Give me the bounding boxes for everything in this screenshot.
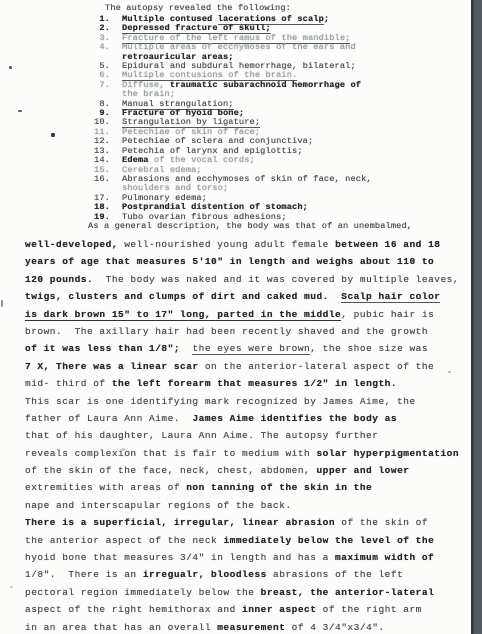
- body-line: of it was less than 1/8"; the eyes were …: [25, 340, 459, 357]
- text-segment: of 4 3/4"x3/4".: [285, 622, 384, 633]
- text-segment: of the skin of: [341, 517, 428, 528]
- finding-number: 16.: [88, 175, 110, 184]
- text-segment: ;: [324, 14, 329, 24]
- document-page: The autopsy revealed the following: 1.Mu…: [0, 0, 482, 634]
- text-segment: of the right arm: [316, 604, 421, 615]
- text-segment: , the shoe size was: [310, 343, 428, 354]
- text-segment: mid- third of: [25, 378, 112, 389]
- finding-row: 16.Abrasions and ecchymoses of skin of f…: [88, 175, 412, 194]
- body-line: 1/8". There is an irregualr, bloodless a…: [25, 566, 459, 583]
- text-segment: extremities with areas of: [25, 482, 186, 493]
- scan-speck: [10, 586, 13, 588]
- finding-line: As a general description, the body was t…: [88, 222, 412, 231]
- body-line: well-developed, well-nourished young adu…: [25, 236, 459, 253]
- scan-speck: [122, 448, 125, 451]
- text-segment: measurement: [217, 622, 285, 633]
- text-segment: abrasions of the left: [267, 569, 403, 580]
- text-segment: solar hyperpigmentation: [316, 448, 459, 459]
- body-line: is dark brown 15" to 17" long, parted in…: [25, 306, 459, 323]
- text-segment: brown. The axillary hair had been recent…: [25, 326, 428, 337]
- text-segment: the brain;: [122, 89, 175, 99]
- text-segment: The body was naked and it was covered by…: [106, 274, 459, 285]
- scan-speck: [1, 300, 3, 307]
- finding-text: Diffuse, traumatic subarachnoid hemorrha…: [122, 81, 361, 100]
- body-line: years of age that measures 5'10" in leng…: [25, 253, 459, 270]
- text-segment: the eyes were brown: [192, 343, 310, 355]
- body-text: well-developed, well-nourished young adu…: [25, 236, 459, 634]
- text-segment: twigs, clusters and clumps of dirt and c…: [25, 291, 341, 302]
- text-segment: As a general description, the body was t…: [88, 221, 412, 231]
- body-line: extremities with areas of non tanning of…: [25, 479, 459, 496]
- text-segment: James Aime identifies the body as: [192, 413, 397, 424]
- scanner-edge-band: [471, 0, 482, 634]
- text-segment: well-nourished young adult female: [124, 239, 335, 250]
- text-segment: is dark brown 15" to 17" long, parted in…: [25, 309, 341, 321]
- text-segment: that of his daughter, Laura Ann Aime. Th…: [25, 430, 378, 441]
- text-segment: There is a superficial, irregular, linea…: [25, 517, 341, 528]
- finding-text: Abrasions and ecchymoses of skin of face…: [122, 175, 372, 194]
- body-line: reveals complexion that is fair to mediu…: [25, 445, 459, 462]
- body-line: father of Laura Ann Aime. James Aime ide…: [25, 410, 459, 427]
- text-segment: irregualr, bloodless: [143, 569, 267, 580]
- text-segment: inner aspect: [242, 604, 316, 615]
- intro-line: The autopsy revealed the following:: [105, 3, 291, 13]
- text-segment: traumatic subarachnoid hemorrhage of: [170, 80, 361, 90]
- text-segment: hyoid bone that measures 3/4" in length …: [25, 552, 335, 563]
- text-segment: 1/8". There is an: [25, 569, 143, 580]
- text-segment: maximum width of: [335, 552, 434, 563]
- body-line: pectoral region immediately below the br…: [25, 584, 459, 601]
- text-segment: reveals complexion that is fair to mediu…: [25, 448, 316, 459]
- text-segment: father of Laura Ann Aime.: [25, 413, 192, 424]
- text-segment: Scalp hair color: [341, 291, 440, 303]
- body-line: aspect of the right hemithorax and inner…: [25, 601, 459, 618]
- finding-number: 4.: [88, 43, 110, 52]
- body-line: 7 X, There was a linear scar on the ante…: [25, 358, 459, 375]
- body-line: There is a superficial, irregular, linea…: [25, 514, 459, 531]
- text-segment: non tanning of the skin in the: [186, 482, 372, 493]
- scan-speck: [448, 371, 451, 373]
- finding-row: 7.Diffuse, traumatic subarachnoid hemorr…: [88, 81, 412, 100]
- body-line: twigs, clusters and clumps of dirt and c…: [25, 288, 459, 305]
- text-segment: the left forearm that measures 1/2" in l…: [112, 378, 397, 389]
- text-segment: , pubic hair is: [341, 309, 434, 320]
- body-line: nape and interscapular regions of the ba…: [25, 497, 459, 514]
- text-segment: years of age that measures 5'10" in leng…: [25, 256, 434, 267]
- text-segment: well-developed,: [25, 239, 124, 250]
- text-segment: in an area that has an overall: [25, 622, 217, 633]
- text-segment: on the anterior-lateral aspect of the: [205, 361, 434, 372]
- text-segment: of the skin of the face, neck, chest, ab…: [25, 465, 316, 476]
- body-line: that of his daughter, Laura Ann Aime. Th…: [25, 427, 459, 444]
- text-segment: pectoral region immediately below the: [25, 587, 261, 598]
- text-segment: the anterior aspect of the neck: [25, 535, 223, 546]
- scan-speck: [51, 133, 55, 137]
- text-segment: nape and interscapular regions of the ba…: [25, 500, 292, 511]
- scan-speck: [9, 66, 12, 69]
- text-segment: breast, the anterior-lateral: [261, 587, 435, 598]
- body-line: mid- third of the left forearm that meas…: [25, 375, 459, 392]
- finding-text: Multiple areas of ecchymoses of the ears…: [122, 43, 356, 62]
- body-line: hyoid bone that measures 3/4" in length …: [25, 549, 459, 566]
- text-segment: upper and lower: [316, 465, 409, 476]
- body-line: brown. The axillary hair had been recent…: [25, 323, 459, 340]
- findings-list: 1.Multiple contused lacerations of scalp…: [88, 15, 412, 231]
- body-line: of the skin of the face, neck, chest, ab…: [25, 462, 459, 479]
- scan-speck: [18, 110, 22, 112]
- text-segment: aspect of the right hemithorax and: [25, 604, 242, 615]
- body-line: This scar is one identifying mark recogn…: [25, 393, 459, 410]
- text-segment: of it was less than 1/8";: [25, 343, 192, 354]
- body-line: in an area that has an overall measureme…: [25, 619, 459, 634]
- text-segment: 120 pounds.: [25, 274, 106, 285]
- text-segment: immediately below the level of the: [223, 535, 434, 546]
- body-line: the anterior aspect of the neck immediat…: [25, 532, 459, 549]
- finding-number: 7.: [88, 81, 110, 90]
- body-line: 120 pounds. The body was naked and it wa…: [25, 271, 459, 288]
- text-segment: between 16 and 18: [335, 239, 440, 250]
- text-segment: 7 X, There was a linear scar: [25, 361, 205, 372]
- finding-row: 4.Multiple areas of ecchymoses of the ea…: [88, 43, 412, 62]
- text-segment: This scar is one identifying mark recogn…: [25, 396, 416, 407]
